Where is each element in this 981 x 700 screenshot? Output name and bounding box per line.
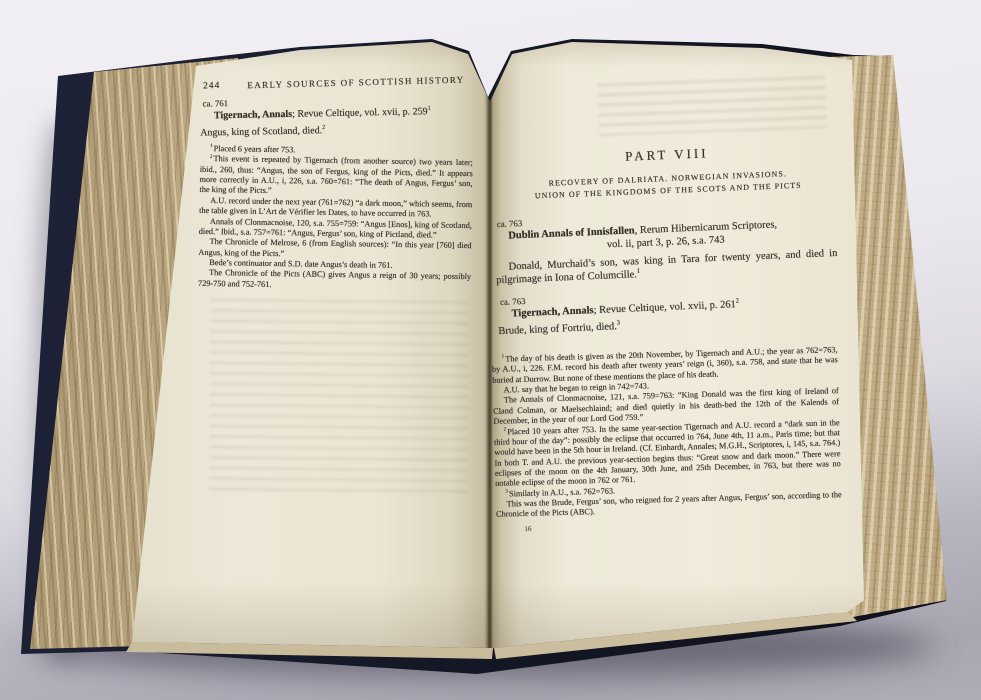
footnote-text: Placed 10 years after 753. In the same y… <box>494 418 841 488</box>
footnote-ref: 3 <box>617 320 621 327</box>
footnote-marker: 1 <box>502 354 505 360</box>
footnote-ref: 2 <box>322 124 325 131</box>
right-footnotes: 1The day of his death is given as the 20… <box>492 345 843 534</box>
footnote-text: The Chronicle of the Picts (ABC) gives A… <box>198 268 471 288</box>
annal-entry: ca. 763 Dublin Annals of Innisfallen, Re… <box>494 205 839 288</box>
footnote-ref: 2 <box>736 297 740 304</box>
footnote: 2Placed 10 years after 753. In the same … <box>494 418 842 490</box>
entry-source-ref: ; Revue Celtique, vol. xvii, p. 259 <box>292 106 428 120</box>
footnote-text: Annals of Clonmacnoise, 120, s.a. 755=75… <box>199 217 472 240</box>
show-through-text-right <box>597 76 827 136</box>
entry-source-name: Tigernach, Annals <box>511 305 593 319</box>
footnote-ref: 1 <box>427 104 430 111</box>
footnote-marker: 2 <box>504 426 507 432</box>
book-gutter <box>485 92 493 652</box>
open-book-photo: 244 EARLY SOURCES OF SCOTTISH HISTORY ca… <box>0 0 981 700</box>
footnote: The Chronicle of the Picts (ABC) gives A… <box>198 268 471 293</box>
footnote-marker: 1 <box>210 143 213 149</box>
show-through-text-left <box>209 299 469 498</box>
entry-source-name: Tigernach, Annals <box>214 108 292 120</box>
footnote-text: A.U. record under the next year (761=762… <box>199 196 472 219</box>
right-annal-entries: ca. 763 Dublin Annals of Innisfallen, Re… <box>494 205 841 339</box>
footnote-marker: 2 <box>210 154 213 160</box>
left-annal-entry: ca. 761 Tigernach, Annals; Revue Celtiqu… <box>200 93 473 140</box>
footnote: 2This event is repeated by Tigernach (fr… <box>199 154 473 200</box>
page-number: 244 <box>203 80 245 91</box>
footnote-ref: 1 <box>637 268 641 275</box>
footnote-text: This event is repeated by Tigernach (fro… <box>199 154 473 195</box>
footnote-text: Placed 6 years after 753. <box>214 144 296 154</box>
entry-body-text: Angus, king of Scotland, died. <box>200 125 322 138</box>
footnote-marker: 3 <box>505 488 508 494</box>
footnote-text: The Chronicle of Melrose, 6 (from Englis… <box>198 237 471 258</box>
left-footnotes: 1Placed 6 years after 753. 2This event i… <box>198 144 473 293</box>
